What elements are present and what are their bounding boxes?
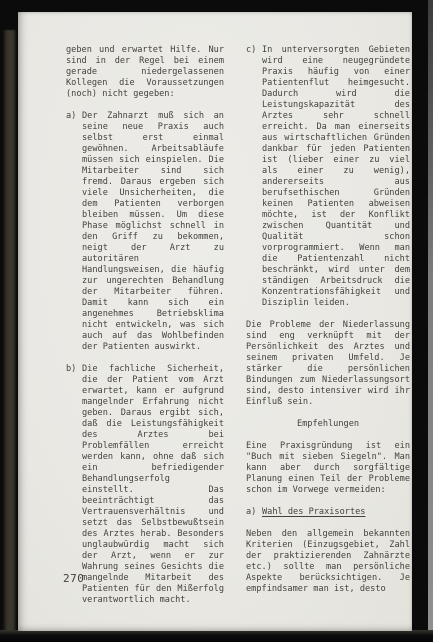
section-heading-empfehlungen: Empfehlungen [246, 419, 410, 430]
niederlassung-paragraph: Die Probleme der Niederlassung sind eng … [246, 320, 410, 408]
list-item-b: b) Die fachliche Sicherheit, die der Pat… [66, 364, 224, 606]
praxisgruendung-paragraph: Eine Praxisgründung ist ein "Buch mit si… [246, 441, 410, 496]
left-column: geben und erwartet Hilfe. Nur sind in de… [66, 45, 224, 617]
list-item-a-text: Der Zahnarzt muß sich an seine neue Prax… [82, 111, 224, 352]
intro-paragraph: geben und erwartet Hilfe. Nur sind in de… [66, 45, 224, 100]
scan-edge-bottom-strip [0, 630, 433, 642]
list-item-c-marker: c) [246, 45, 256, 56]
list-item-b-text: Die fachliche Sicherheit, die der Patien… [82, 364, 224, 605]
subsection-heading-text: Wahl des Praxisortes [262, 507, 365, 517]
list-item-c-text: In unterversorgten Gebieten wird eine ne… [262, 45, 410, 308]
subsection-heading-marker: a) [246, 507, 256, 518]
kriterien-paragraph: Neben den allgemein bekannten Kriterien … [246, 529, 410, 595]
subsection-heading-praxisort: a) Wahl des Praxisortes [246, 507, 410, 518]
right-column: c) In unterversorgten Gebieten wird eine… [246, 45, 410, 606]
scan-edge-left-strip [3, 30, 16, 632]
list-item-a: a) Der Zahnarzt muß sich an seine neue P… [66, 111, 224, 353]
list-item-b-marker: b) [66, 364, 76, 375]
scan-edge-right-strip [428, 0, 433, 631]
book-page: geben und erwartet Hilfe. Nur sind in de… [18, 12, 412, 631]
list-item-c: c) In unterversorgten Gebieten wird eine… [246, 45, 410, 309]
list-item-a-marker: a) [66, 111, 76, 122]
page-number: 270 [63, 573, 84, 585]
scanned-book-page-screenshot: geben und erwartet Hilfe. Nur sind in de… [0, 0, 433, 642]
